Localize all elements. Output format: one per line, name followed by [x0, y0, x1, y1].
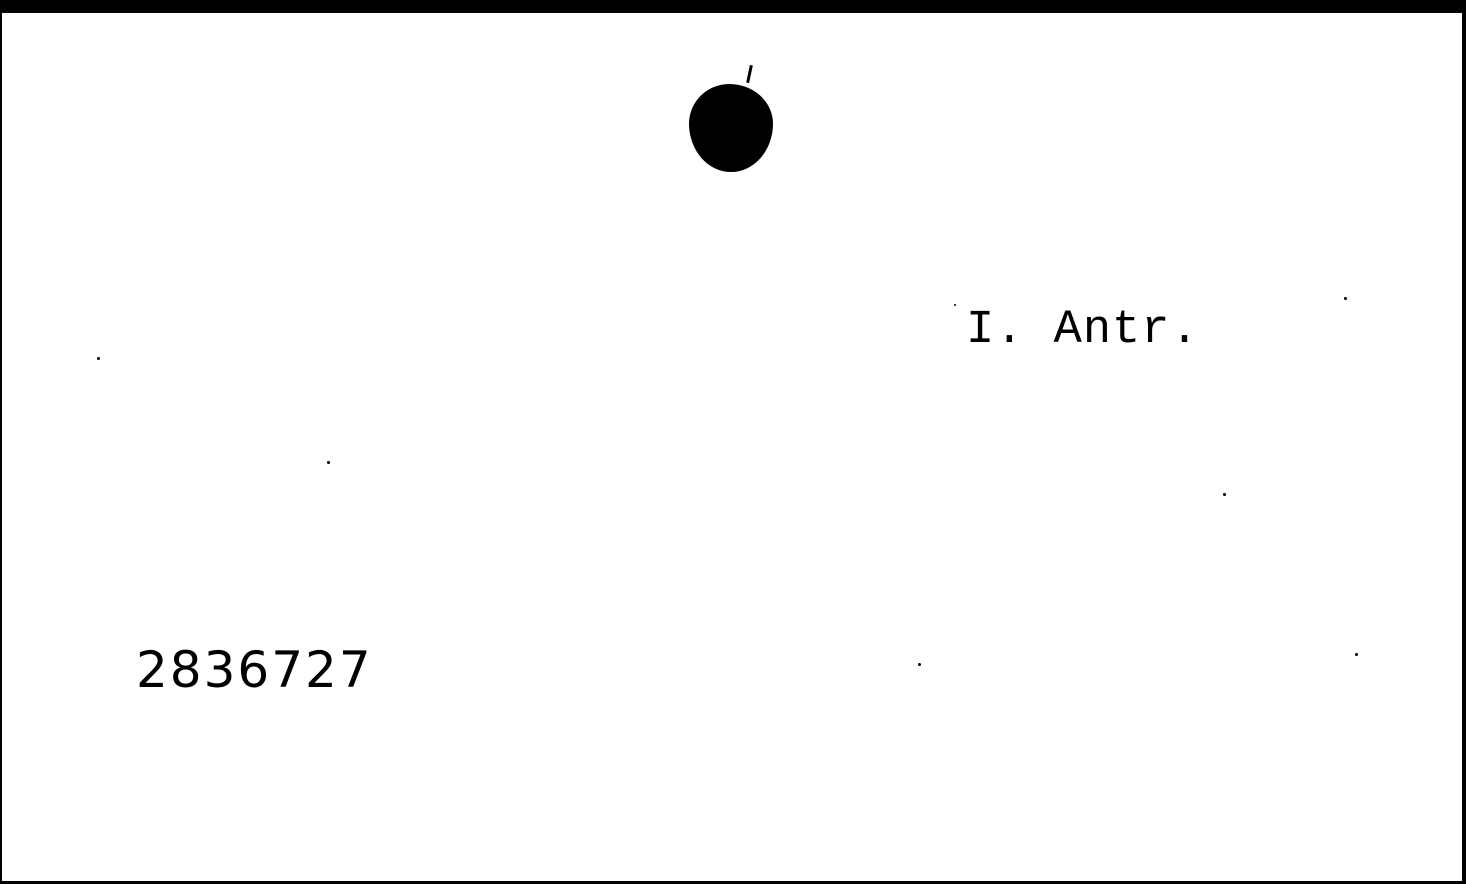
scan-border-top — [0, 0, 1466, 13]
dust-speck — [1355, 653, 1358, 656]
card-number: 2836727 — [136, 641, 373, 699]
dust-speck — [97, 357, 100, 360]
dust-speck — [954, 304, 956, 306]
dust-speck — [327, 461, 330, 464]
dust-speck — [1344, 297, 1347, 300]
dust-speck — [1223, 493, 1226, 496]
card-heading: I. Antr. — [966, 304, 1200, 357]
dust-speck — [918, 663, 921, 666]
